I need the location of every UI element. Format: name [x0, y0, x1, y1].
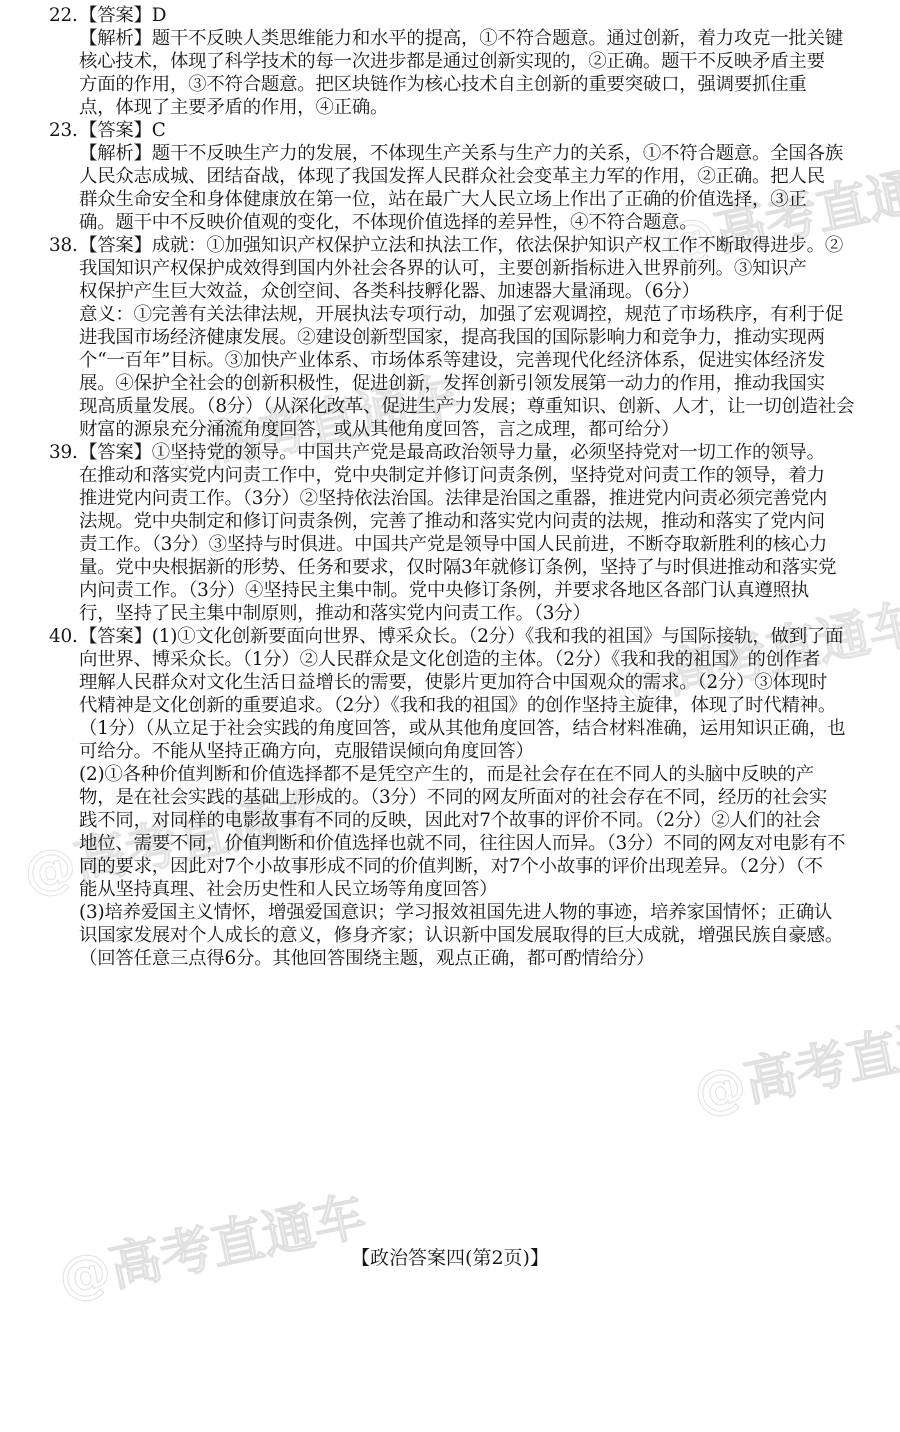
question-number: 40.: [49, 625, 79, 648]
answer-line: 理解人民群众对文化生活日益增长的需要，使影片更加符合中国观众的需求。（2分）③体…: [79, 671, 894, 694]
answer-line: 地位、需要不同，价值判断和价值选择也就不同，往往因人而异。（3分）不同的网友对电…: [79, 832, 894, 855]
answer-line: 财富的源泉充分涌流角度回答，或从其他角度回答，言之成理，都可给分）: [79, 418, 894, 441]
answer-content: 22. 【答案】D 【解析】题干不反映人类思维能力和水平的提高，①不符合题意。通…: [49, 4, 894, 970]
analysis-line: 确。题干中不反映价值观的变化，不体现价值选择的差异性，④不符合题意。: [79, 211, 894, 234]
answer-line: 物，是在社会实践的基础上形成的。（3分）不同的网友所面对的社会存在不同，经历的社…: [79, 786, 894, 809]
analysis-line: 核心技术，体现了科学技术的每一次进步都是通过创新实现的，②正确。题干不反映矛盾主…: [79, 50, 894, 73]
analysis-line: 【解析】题干不反映生产力的发展，不体现生产关系与生产力的关系，①不符合题意。全国…: [79, 142, 894, 165]
answer-line: 同的要求，因此对7个小故事形成不同的价值判断，对7个小故事的评价出现差异。（2分…: [79, 855, 894, 878]
answer-line: (2)①各种价值判断和价值选择都不是凭空产生的，而是社会存在在不同人的头脑中反映…: [79, 763, 894, 786]
question-40: 40. 【答案】(1)①文化创新要面向世界、博采众长。（2分）《我和我的祖国》与…: [49, 625, 894, 970]
page-footer: 【政治答案四(第2页)】: [0, 1243, 900, 1270]
answer-line: 【答案】D: [79, 4, 894, 27]
answer-line: 向世界、博采众长。（1分）②人民群众是文化创造的主体。（2分）《我和我的祖国》的…: [79, 648, 894, 671]
analysis-line: 方面的作用，③不符合题意。把区块链作为核心技术自主创新的重要突破口，强调要抓住重: [79, 73, 894, 96]
answer-line: 意义：①完善有关法律法规，开展执法专项行动，加强了宏观调控，规范了市场秩序，有利…: [79, 303, 894, 326]
answer-line: 【答案】C: [79, 119, 894, 142]
answer-line: 我国知识产权保护成效得到国内外社会各界的认可，主要创新指标进入世界前列。③知识产: [79, 257, 894, 280]
watermark: @高考直通车: [686, 988, 900, 1126]
question-number: 38.: [49, 234, 79, 257]
answer-line: （1分）（从立足于社会实践的角度回答，或从其他角度回答，结合材料准确，运用知识正…: [79, 717, 894, 740]
question-22: 22. 【答案】D 【解析】题干不反映人类思维能力和水平的提高，①不符合题意。通…: [49, 4, 894, 119]
answer-line: 量。党中央根据新的形势、任务和要求，仅时隔3年就修订条例，坚持了与时俱进推动和落…: [79, 556, 894, 579]
question-38: 38. 【答案】成就：①加强知识产权保护立法和执法工作，依法保护知识产权工作不断…: [49, 234, 894, 441]
analysis-line: 【解析】题干不反映人类思维能力和水平的提高，①不符合题意。通过创新，着力攻克一批…: [79, 27, 894, 50]
answer-line: 法规。党中央制定和修订问责条例，完善了推动和落实党内问责的法规，推动和落实了党内…: [79, 510, 894, 533]
question-number: 22.: [49, 4, 79, 27]
answer-line: 内问责工作。（3分）④坚持民主集中制。党中央修订条例，并要求各地区各部门认真遵照…: [79, 579, 894, 602]
question-39: 39. 【答案】①坚持党的领导。中国共产党是最高政治领导力量，必须坚持党对一切工…: [49, 441, 894, 625]
answer-line: 展。④保护全社会的创新积极性，促进创新，发挥创新引领发展第一动力的作用，推动我国…: [79, 372, 894, 395]
answer-line: 代精神是文化创新的重要追求。（2分）《我和我的祖国》的创作坚持主旋律，体现了时代…: [79, 694, 894, 717]
question-number: 23.: [49, 119, 79, 142]
answer-line: 【答案】(1)①文化创新要面向世界、博采众长。（2分）《我和我的祖国》与国际接轨…: [79, 625, 894, 648]
answer-line: (3)培养爱国主义情怀，增强爱国意识；学习报效祖国先进人物的事迹，培养家国情怀；…: [79, 901, 894, 924]
answer-key-page: @高考直通车 @高考直通车 @高考直通车 @高考直通车 @高考直通车 @高考直通…: [0, 0, 900, 1432]
answer-line: 个“一百年”目标。③加快产业体系、市场体系等建设，完善现代化经济体系，促进实体经…: [79, 349, 894, 372]
answer-line: 在推动和落实党内问责工作中，党中央制定并修订问责条例，坚持党对问责工作的领导，着…: [79, 464, 894, 487]
analysis-line: 点，体现了主要矛盾的作用，④正确。: [79, 96, 894, 119]
answer-line: 进我国市场经济健康发展。②建设创新型国家，提高我国的国际影响力和竞争力，推动实现…: [79, 326, 894, 349]
question-number: 39.: [49, 441, 79, 464]
answer-line: （回答任意三点得6分。其他回答围绕主题，观点正确，都可酌情给分）: [79, 947, 894, 970]
analysis-line: 群众生命安全和身体健康放在第一位，站在最广大人民立场上作出了正确的价值选择，③正: [79, 188, 894, 211]
question-23: 23. 【答案】C 【解析】题干不反映生产力的发展，不体现生产关系与生产力的关系…: [49, 119, 894, 234]
answer-line: 识国家发展对个人成长的意义，修身齐家；认识新中国发展取得的巨大成就，增强民族自豪…: [79, 924, 894, 947]
answer-line: 可给分。不能从坚持正确方向，克服错误倾向角度回答）: [79, 740, 894, 763]
answer-line: 【答案】成就：①加强知识产权保护立法和执法工作，依法保护知识产权工作不断取得进步…: [79, 234, 894, 257]
answer-line: 行，坚持了民主集中制原则，推动和落实党内问责工作。（3分）: [79, 602, 894, 625]
answer-line: 现高质量发展。（8分）（从深化改革、促进生产力发展；尊重知识、创新、人才，让一切…: [79, 395, 894, 418]
answer-line: 推进党内问责工作。（3分）②坚持依法治国。法律是治国之重器，推进党内问责必须完善…: [79, 487, 894, 510]
answer-line: 践不同，对同样的电影故事有不同的反映，因此对7个故事的评价不同。（2分）②人们的…: [79, 809, 894, 832]
answer-line: 权保护产生巨大效益，众创空间、各类科技孵化器、加速器大量涌现。（6分）: [79, 280, 894, 303]
answer-line: 能从坚持真理、社会历史性和人民立场等角度回答）: [79, 878, 894, 901]
answer-line: 【答案】①坚持党的领导。中国共产党是最高政治领导力量，必须坚持党对一切工作的领导…: [79, 441, 894, 464]
analysis-line: 人民众志成城、团结奋战，体现了我国发挥人民群众社会变革主力军的作用，②正确。把人…: [79, 165, 894, 188]
answer-line: 责工作。（3分）③坚持与时俱进。中国共产党是领导中国人民前进，不断夺取新胜利的核…: [79, 533, 894, 556]
